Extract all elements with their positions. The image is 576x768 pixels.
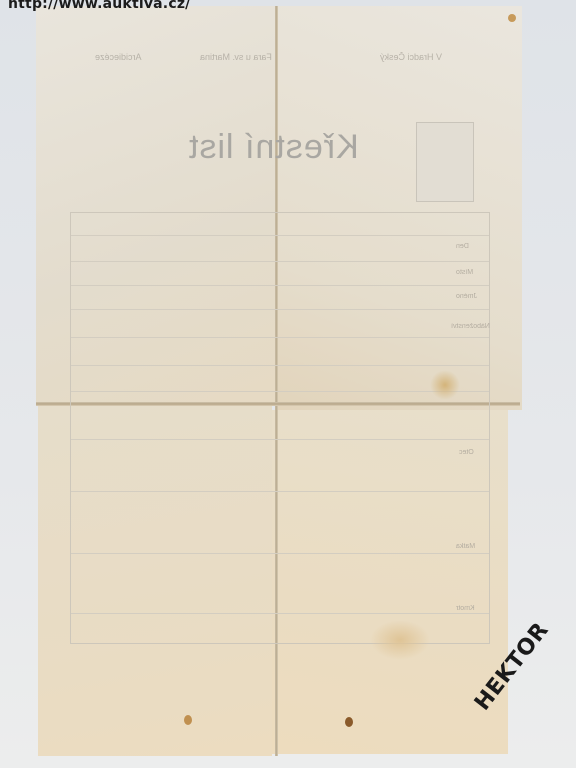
header-field-3: Arcidiecéze [95, 52, 142, 62]
document-title: Křestní list [188, 128, 359, 167]
row-label: Otec [459, 449, 474, 456]
row-label: Místo [456, 269, 473, 276]
form-table: Den Místo Jméno Náboženství Otec Matka K… [70, 212, 490, 644]
stamp-box [416, 122, 474, 202]
stain [345, 717, 353, 727]
stain [430, 370, 460, 400]
header-field-1: V Hradci Český [380, 52, 442, 62]
stain [508, 14, 516, 22]
watermark-url: http://www.auktiva.cz/ [8, 0, 191, 12]
row-label: Náboženství [451, 323, 490, 330]
stain [184, 715, 192, 725]
stain [370, 620, 430, 660]
row-label: Kmotr [456, 605, 475, 612]
header-field-2: Fara u sv. Martina [200, 52, 272, 62]
row-label: Den [456, 243, 469, 250]
row-label: Jméno [456, 293, 477, 300]
row-label: Matka [456, 543, 475, 550]
